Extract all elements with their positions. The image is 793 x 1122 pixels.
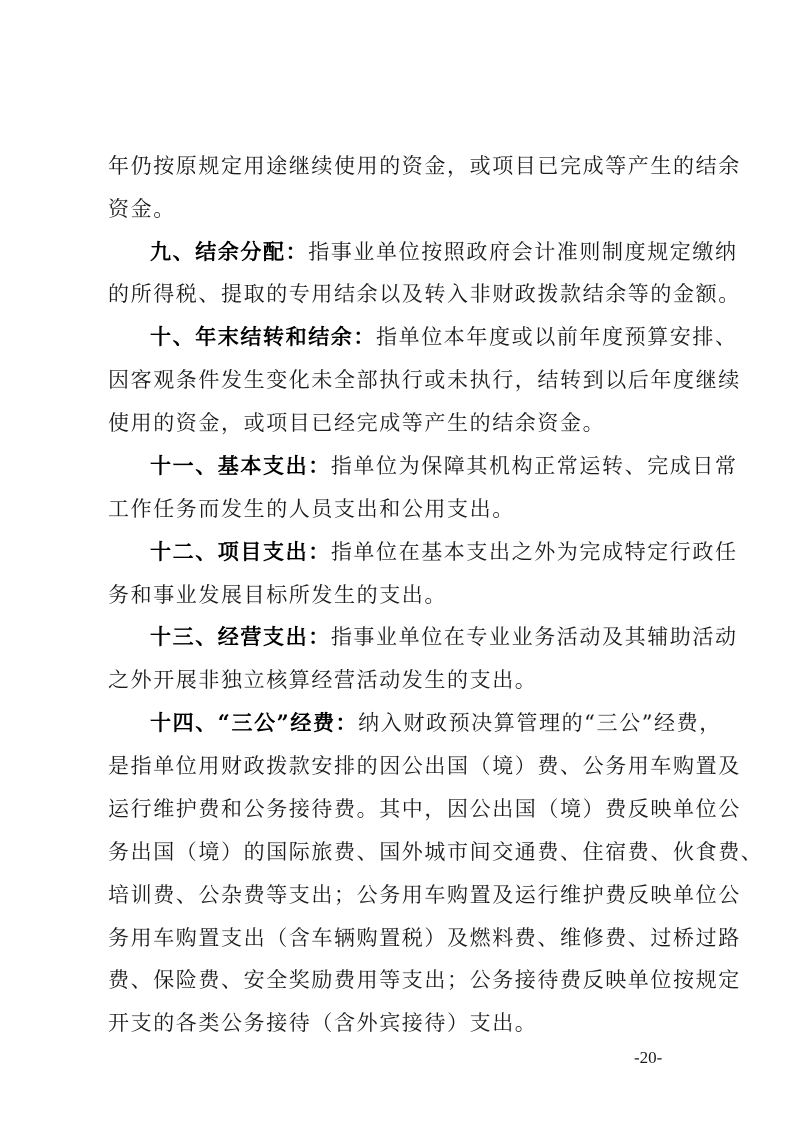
document-page: 年仍按原规定用途继续使用的资金，或项目已完成等产生的结余 资金。 九、结余分配：… [0, 0, 793, 1122]
text-line: 因客观条件发生变化未全部执行或未执行，结转到以后年度继续 [108, 365, 690, 395]
text-line: 是指单位用财政拨款安排的因公出国（境）费、公务用车购置及 [108, 751, 690, 781]
text-line: 运行维护费和公务接待费。其中，因公出国（境）费反映单位公 [108, 794, 690, 824]
section-text: 指事业单位按照政府会计准则制度规定缴纳 [308, 240, 737, 264]
text-line: 开支的各类公务接待（含外宾接待）支出。 [108, 1008, 690, 1038]
text-line: 之外开展非独立核算经营活动发生的支出。 [108, 665, 690, 695]
text-line: 使用的资金，或项目已经完成等产生的结余资金。 [108, 408, 690, 438]
text-line: 的所得税、提取的专用结余以及转入非财政拨款结余等的金额。 [108, 279, 690, 309]
section-fourteen-first-line: 十四、“三公”经费：纳入财政预决算管理的“三公”经费， [150, 708, 690, 738]
section-text: 指单位在基本支出之外为完成特定行政任 [331, 540, 738, 564]
section-text: 指单位本年度或以前年度预算安排、 [376, 325, 738, 349]
text-line: 培训费、公杂费等支出；公务用车购置及运行维护费反映单位公 [108, 880, 690, 910]
section-text: 指单位为保障其机构正常运转、完成日常 [331, 454, 738, 478]
text-line: 务用车购置支出（含车辆购置税）及燃料费、维修费、过桥过路 [108, 923, 690, 953]
section-heading: 十四、“三公”经费： [150, 710, 358, 735]
text-line: 资金。 [108, 194, 690, 224]
section-nine-first-line: 九、结余分配：指事业单位按照政府会计准则制度规定缴纳 [150, 237, 690, 267]
section-heading: 十、年末结转和结余： [150, 324, 376, 349]
section-heading: 十一、基本支出： [150, 453, 331, 478]
section-heading: 十三、经营支出： [150, 624, 331, 649]
section-heading: 九、结余分配： [150, 239, 308, 264]
section-eleven-first-line: 十一、基本支出：指单位为保障其机构正常运转、完成日常 [150, 451, 690, 481]
section-text: 指事业单位在专业业务活动及其辅助活动 [331, 625, 738, 649]
page-number: -20- [634, 1048, 662, 1068]
section-twelve-first-line: 十二、项目支出：指单位在基本支出之外为完成特定行政任 [150, 537, 690, 567]
section-heading: 十二、项目支出： [150, 539, 331, 564]
text-line: 务出国（境）的国际旅费、国外城市间交通费、住宿费、伙食费、 [108, 837, 690, 867]
text-line: 务和事业发展目标所发生的支出。 [108, 580, 690, 610]
section-text: 纳入财政预决算管理的“三公”经费， [358, 711, 722, 735]
section-ten-first-line: 十、年末结转和结余：指单位本年度或以前年度预算安排、 [150, 322, 690, 352]
text-line: 费、保险费、安全奖励费用等支出；公务接待费反映单位按规定 [108, 965, 690, 995]
text-line: 年仍按原规定用途继续使用的资金，或项目已完成等产生的结余 [108, 151, 690, 181]
section-thirteen-first-line: 十三、经营支出：指事业单位在专业业务活动及其辅助活动 [150, 622, 690, 652]
text-line: 工作任务而发生的人员支出和公用支出。 [108, 494, 690, 524]
